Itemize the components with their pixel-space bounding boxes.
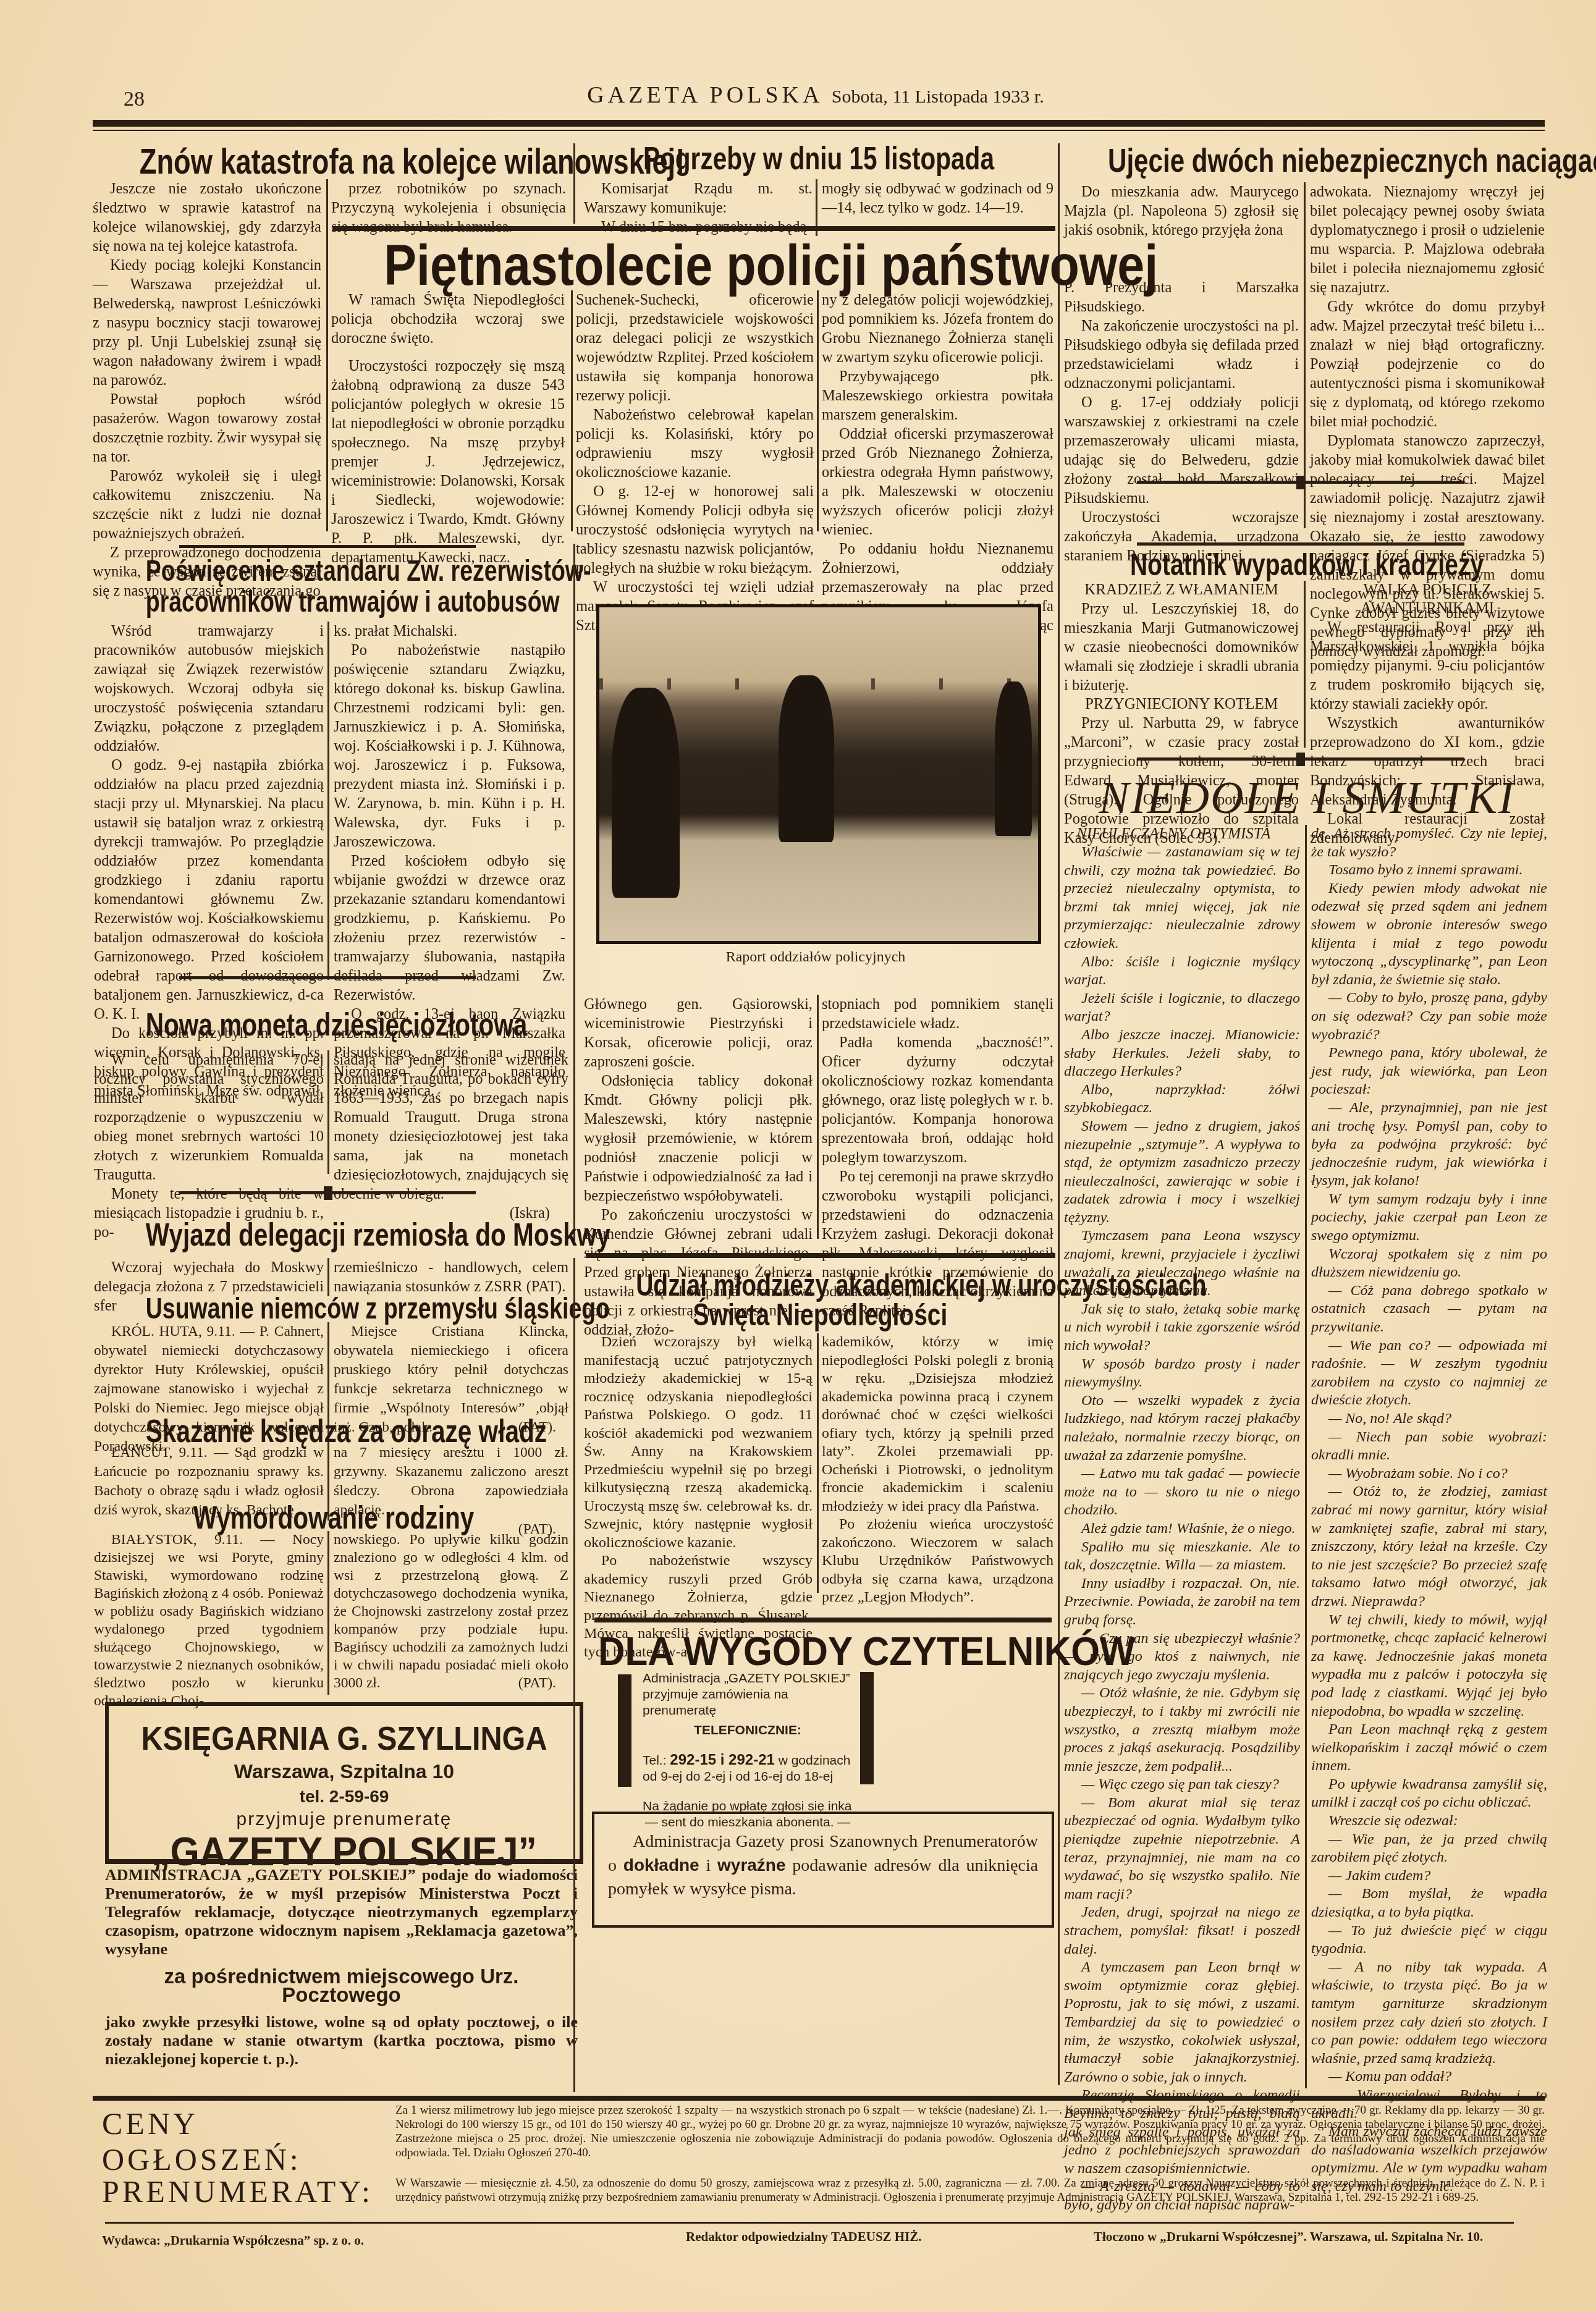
headline-naciagacze: Ujęcie dwóch niebezpiecznych naciągaczy	[1108, 143, 1493, 179]
article-mlodziez-col2: kademików, którzy w imię niepodległości …	[822, 1333, 1053, 1607]
masthead-title: GAZETA POLSKA Sobota, 11 Listopada 1933 …	[124, 82, 1508, 109]
ad-wygoda-body: Administracja „GAZETY POLSKIEJ” przyjmuj…	[643, 1671, 853, 1831]
footer-rule	[93, 2096, 1545, 2101]
article-rodzina-col2: nowskiego. Po upływie kilku godzin znale…	[334, 1531, 568, 1692]
ad-szyllinga-phone: tel. 2-59-69	[109, 1787, 580, 1807]
section-separator	[179, 545, 476, 548]
ad-szyllinga-title: KSIĘGARNIA G. SZYLLINGA	[132, 1719, 556, 1758]
niedole-col1: NIEULECZALNY OPTYMISTA Właściwie — zasta…	[1064, 825, 1300, 2215]
section-separator	[179, 976, 476, 979]
footer-wydawca: Wydawca: „Drukarnia Współczesna” sp. z o…	[102, 2233, 364, 2248]
article-mlodziez-col1: Dzień wczorajszy był wielką manifestacją…	[584, 1333, 813, 1661]
column-divider	[326, 179, 328, 531]
newspaper-page: 28 GAZETA POLSKA Sobota, 11 Listopada 19…	[0, 0, 1596, 2312]
niedole-col2: dę. Aż strach pomyśleć. Czy nie lepiej, …	[1311, 825, 1547, 2196]
headline-mlodziez-line1: Udział młodzieży akademickiej w uroczyst…	[636, 1269, 1005, 1302]
headline-niemcy: Usuwanie niemców z przemysłu śląskiego	[146, 1294, 521, 1325]
column-divider	[327, 622, 329, 980]
column-divider	[817, 1333, 819, 1593]
ad-wygoda-bar-left	[618, 1674, 631, 1787]
masthead-rule	[93, 120, 1545, 127]
article-moneta-col2: siadają na jednej stronie wizerunek Romu…	[334, 1050, 568, 1223]
separator-ornament	[1296, 753, 1305, 766]
masthead: 28 GAZETA POLSKA Sobota, 11 Listopada 19…	[124, 82, 1508, 112]
footer-prenumeraty-text: W Warszawie — miesięcznie zł. 4.50, za o…	[395, 2176, 1545, 2204]
headline-katastrofa: Znów katastrofa na kolejce wilanowskiej!	[140, 143, 515, 181]
headline-policja: Piętnastolecie policji państwowej	[384, 236, 1000, 296]
headline-pogrzeby: Pogrzeby w dniu 15 listopada	[631, 142, 1007, 176]
headline-moneta: Nowa moneta dziesięciozłotowa	[146, 1008, 521, 1042]
column-divider	[817, 290, 819, 531]
article-moneta-col1: W celu upamiętnienia 70-ej rocznicy pows…	[94, 1050, 324, 1242]
ad-szyllinga: KSIĘGARNIA G. SZYLLINGA Warszawa, Szpita…	[105, 1702, 583, 1863]
footer-redaktor: Redaktor odpowiedzialny TADEUSZ HIŻ.	[686, 2229, 922, 2245]
article-policja-col1: W ramach Święta Niepodległości policja o…	[331, 290, 565, 567]
ad-wygoda-phones: Tel.: 292-15 i 292-21 w godzinach	[643, 1752, 853, 1769]
headline-moskwa: Wyjazd delegacji rzemiosła do Moskwy	[146, 1218, 521, 1252]
footer-prenumeraty-label: PRENUMERATY:	[102, 2174, 392, 2209]
article-naciagacze-col1: Do mieszkania adw. Maurycego Majzla (pl.…	[1064, 182, 1299, 240]
headline-sztandar-line2: pracowników tramwajów i autobusów	[146, 587, 521, 618]
ad-wygoda-headline: DLA WYGODY CZYTELNIKÓW	[598, 1631, 1042, 1673]
ad-rule	[105, 1860, 583, 1864]
column-divider	[1304, 581, 1306, 748]
footer-ceny-text: Za 1 wiersz milimetrowy lub jego miejsce…	[395, 2103, 1545, 2160]
headline-niedole: NIEDOLE I SMUTKI	[1063, 772, 1551, 825]
column-divider	[817, 995, 819, 1239]
headline-mlodziez-line2: Święta Niepodległości	[636, 1299, 1005, 1331]
article-pogrzeby-col2: mogły się odbywać w godzinach od 9—14, l…	[822, 179, 1053, 217]
ad-szyllinga-address: Warszawa, Szpitalna 10	[109, 1760, 580, 1783]
headline-rule	[332, 226, 1055, 231]
column-divider	[571, 290, 573, 531]
issue-date: Sobota, 11 Listopada 1933 r.	[832, 86, 1044, 107]
section-separator	[1137, 542, 1464, 546]
footer-rule-thin	[105, 2222, 1514, 2224]
ad-wygoda-bar-right	[860, 1672, 874, 1784]
notice-administracja: ADMINISTRACJA „GAZETY POLSKIEJ” podaje d…	[105, 1866, 578, 2069]
separator-ornament	[1296, 476, 1305, 489]
article-policja-col4: P. Prezydenta i Marszałka Piłsudskiego. …	[1064, 278, 1299, 565]
column-divider	[573, 1258, 575, 2092]
section-separator	[594, 1618, 1052, 1622]
footer-tloczono: Tłoczono w „Drukarni Współczesnej”. Wars…	[1094, 2229, 1483, 2245]
column-divider	[327, 1050, 329, 1174]
column-divider	[1058, 819, 1060, 2085]
article-policja-col2: Suchenek-Suchecki, oficerowie policji, p…	[576, 290, 814, 635]
article-katastrofa-col1: Jeszcze nie zostało ukończone śledztwo w…	[93, 179, 321, 601]
headline-notatnik: Notatnik wypadków i kradzieży	[1117, 549, 1497, 581]
footer-ceny-label: CENY OGŁOSZEŃ:	[102, 2106, 392, 2177]
headline-sztandar-line1: Poświęcenie sztandaru Zw. rezerwistów-	[146, 556, 521, 587]
ad-szyllinga-tagline: przyjmuje prenumeratę	[109, 1809, 580, 1830]
photo-caption: Raport oddziałów policyjnych	[581, 949, 1050, 966]
newspaper-name: GAZETA POLSKA	[587, 82, 822, 108]
photo-police-report	[596, 604, 1041, 944]
article-rodzina-col1: BIAŁYSTOK, 9.11. — Nocy dzisiejszej we w…	[94, 1531, 324, 1710]
column-divider	[573, 544, 575, 1242]
column-divider	[573, 143, 575, 224]
separator-ornament	[324, 1186, 332, 1200]
notice-bold-line: za pośrednictwem miejscowego Urz. Poczto…	[105, 1967, 578, 2004]
masthead-rule-thin	[93, 130, 1545, 131]
article-policja-col3: ny z delegatów policji wojewódzkiej, pod…	[822, 290, 1053, 654]
column-divider	[327, 1531, 329, 1695]
column-divider	[1305, 825, 1307, 2088]
article-moskwa-col2: rzemieślniczo - handlowych, celem nawiąz…	[334, 1258, 568, 1296]
notice-adresy: Administracja Gazety prosi Szanownych Pr…	[592, 1812, 1054, 1928]
section-separator	[586, 1253, 1055, 1258]
column-divider	[327, 1258, 329, 1296]
headline-rodzina: Wymordowanie rodziny	[146, 1501, 521, 1535]
